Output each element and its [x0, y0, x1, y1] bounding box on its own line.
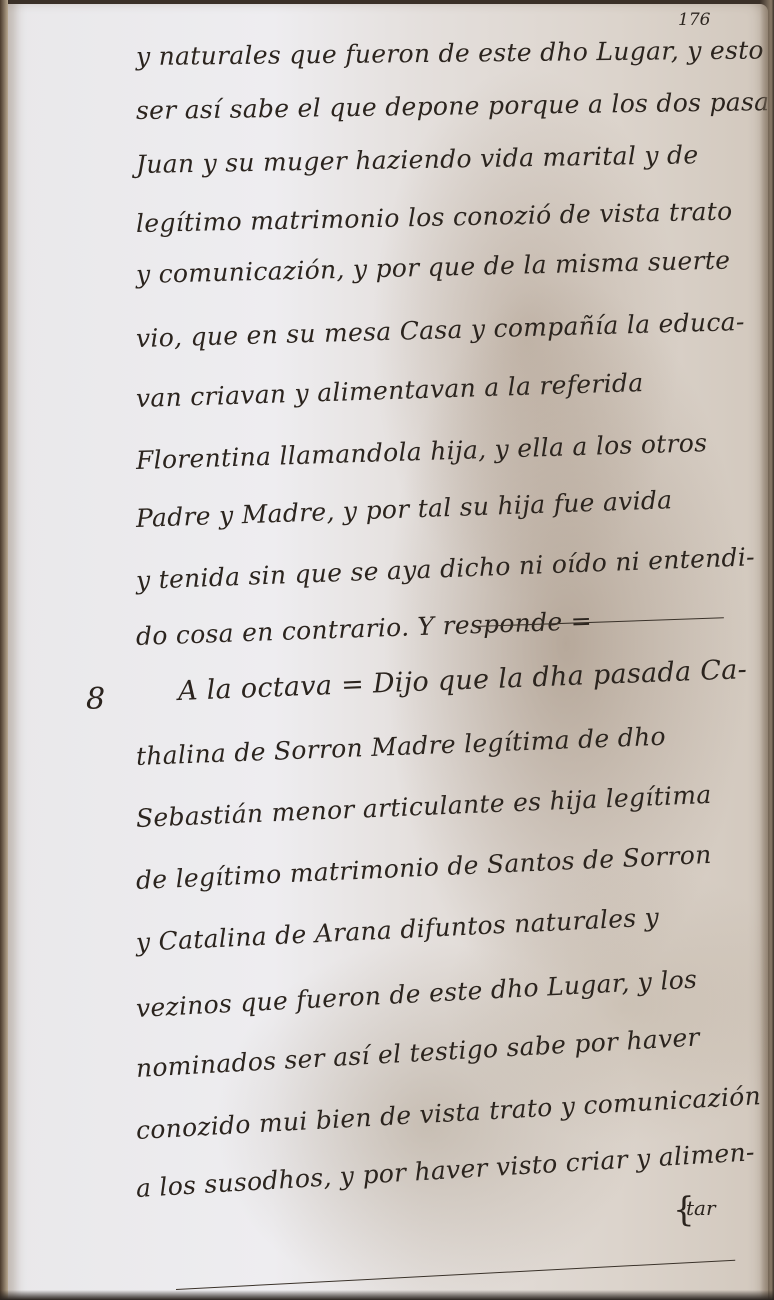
folio-number: 176	[678, 10, 710, 30]
text-line-19: conozido mui bien de vista trato y comun…	[135, 1080, 774, 1145]
text-line-11: do cosa en contrario. Y responde =	[135, 600, 774, 651]
text-line-9: Padre y Madre, y por tal su hija fue avi…	[135, 482, 774, 533]
binding-gutter	[0, 0, 8, 1300]
text-line-2: ser así sabe el que depone porque a los …	[136, 87, 774, 125]
catchword: tar	[686, 1196, 716, 1220]
text-line-6: vio, que en su mesa Casa y compañía la e…	[136, 306, 774, 353]
text-line-13: thalina de Sorron Madre legítima de dho	[135, 717, 774, 771]
manuscript-page: 176 y naturales que fueron de este dho L…	[6, 4, 768, 1300]
text-line-12: A la octava = Dijo que la dha pasada Ca-	[177, 651, 774, 707]
text-line-7: van criavan y alimentavan a la referida	[136, 364, 774, 413]
text-line-18: nominados ser así el testigo sabe por ha…	[135, 1018, 774, 1083]
bottom-edge	[0, 1290, 774, 1300]
text-line-4: legítimo matrimonio los conozió de vista…	[136, 196, 774, 238]
manuscript-scan: 176 y naturales que fueron de este dho L…	[0, 0, 774, 1300]
text-line-1: y naturales que fueron de este dho Lugar…	[136, 35, 774, 71]
text-line-8: Florentina llamandola hija, y ella a los…	[136, 426, 774, 475]
text-line-14: Sebastián menor articulante es hija legí…	[135, 777, 774, 833]
text-line-10: y tenida sin que se aya dicho ni oído ni…	[135, 541, 774, 595]
text-line-17: vezinos que fueron de este dho Lugar, y …	[135, 961, 774, 1023]
text-line-16: y Catalina de Arana difuntos naturales y	[135, 897, 774, 957]
text-line-15: de legítimo matrimonio de Santos de Sorr…	[135, 837, 774, 895]
page-edge	[760, 0, 774, 1300]
end-rule	[176, 1260, 735, 1290]
margin-question-number: 8	[86, 682, 105, 717]
text-line-3: Juan y su muger haziendo vida marital y …	[136, 139, 774, 179]
text-line-5: y comunicazión, y por que de la misma su…	[136, 244, 774, 289]
